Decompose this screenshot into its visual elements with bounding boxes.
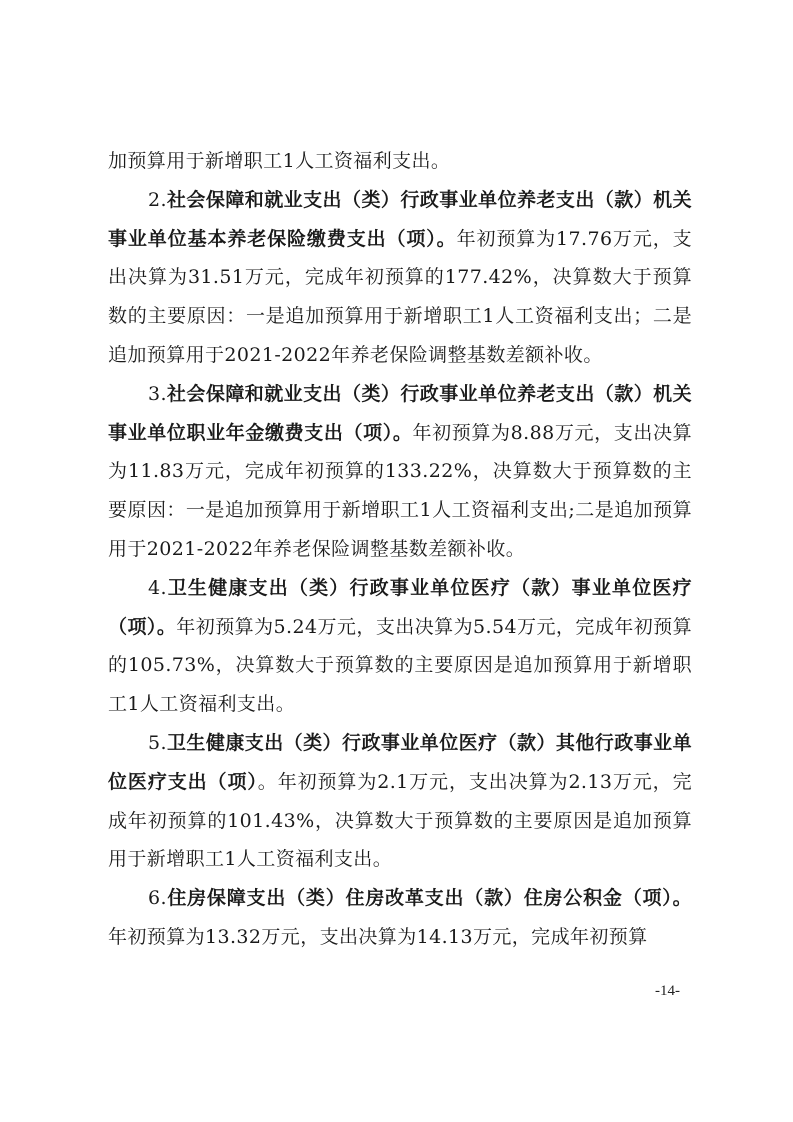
paragraph-item-2: 2.社会保障和就业支出（类）行政事业单位养老支出（款）机关事业单位基本养老保险缴… <box>108 181 692 375</box>
document-body: 加预算用于新增职工1人工资福利支出。 2.社会保障和就业支出（类）行政事业单位养… <box>108 142 692 957</box>
paragraph-text: 年初预算为5.24万元，支出决算为5.54万元，完成年初预算的105.73%，决… <box>108 616 692 716</box>
item-number: 2. <box>148 189 167 211</box>
page-number: -14- <box>655 983 680 1000</box>
item-heading: 住房保障支出（类）住房改革支出（款）住房公积金（项）。 <box>167 887 692 909</box>
paragraph-item-6: 6.住房保障支出（类）住房改革支出（款）住房公积金（项）。年初预算为13.32万… <box>108 879 692 957</box>
paragraph-item-3: 3.社会保障和就业支出（类）行政事业单位养老支出（款）机关事业单位职业年金缴费支… <box>108 375 692 569</box>
item-number: 4. <box>148 577 167 599</box>
item-number: 3. <box>148 383 167 405</box>
item-number: 6. <box>148 887 167 909</box>
document-page: 加预算用于新增职工1人工资福利支出。 2.社会保障和就业支出（类）行政事业单位养… <box>0 0 793 1122</box>
item-number: 5. <box>148 732 167 754</box>
paragraph-text: 年初预算为13.32万元，支出决算为14.13万元，完成年初预算 <box>108 926 648 948</box>
paragraph-item-5: 5.卫生健康支出（类）行政事业单位医疗（款）其他行政事业单位医疗支出（项）。年初… <box>108 724 692 879</box>
paragraph-continuation: 加预算用于新增职工1人工资福利支出。 <box>108 142 692 181</box>
paragraph-item-4: 4.卫生健康支出（类）行政事业单位医疗（款）事业单位医疗（项）。年初预算为5.2… <box>108 569 692 724</box>
paragraph-text: 加预算用于新增职工1人工资福利支出。 <box>108 150 450 172</box>
